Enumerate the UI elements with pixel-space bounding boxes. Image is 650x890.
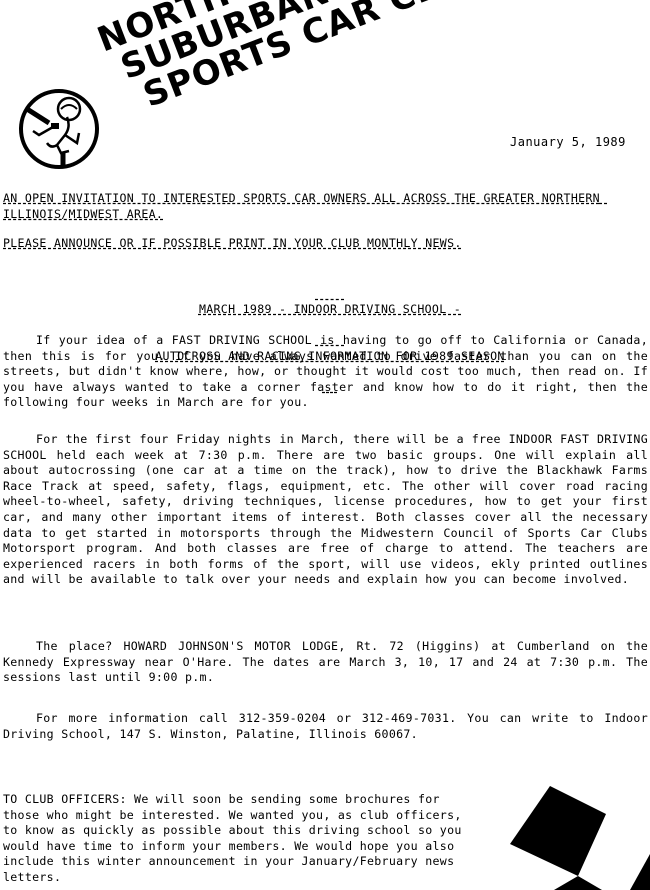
paragraph-intro: If your idea of a FAST DRIVING SCHOOL is… bbox=[3, 333, 648, 411]
letter-date: January 5, 1989 bbox=[510, 135, 626, 149]
letter-page: NORTH SUBURBAN SPORTS CAR CLUB January 5… bbox=[0, 0, 650, 890]
announce-request: PLEASE ANNOUNCE OR IF POSSIBLE PRINT IN … bbox=[3, 236, 462, 252]
paragraph-contact: For more information call 312-359-0204 o… bbox=[3, 711, 648, 742]
checkered-flag-icon bbox=[490, 780, 650, 890]
cartoon-driver-emblem-icon bbox=[17, 87, 101, 171]
club-officers-note: TO CLUB OFFICERS: We will soon be sendin… bbox=[3, 792, 483, 886]
open-invitation: AN OPEN INVITATION TO INTERESTED SPORTS … bbox=[3, 191, 643, 222]
paragraph-location: The place? HOWARD JOHNSON'S MOTOR LODGE,… bbox=[3, 639, 648, 686]
paragraph-schedule: For the first four Friday nights in Marc… bbox=[3, 432, 648, 588]
headline-line-1: MARCH 1989 - INDOOR DRIVING SCHOOL - bbox=[0, 302, 650, 318]
club-name-logo: NORTH SUBURBAN SPORTS CAR CLUB bbox=[72, 0, 493, 125]
